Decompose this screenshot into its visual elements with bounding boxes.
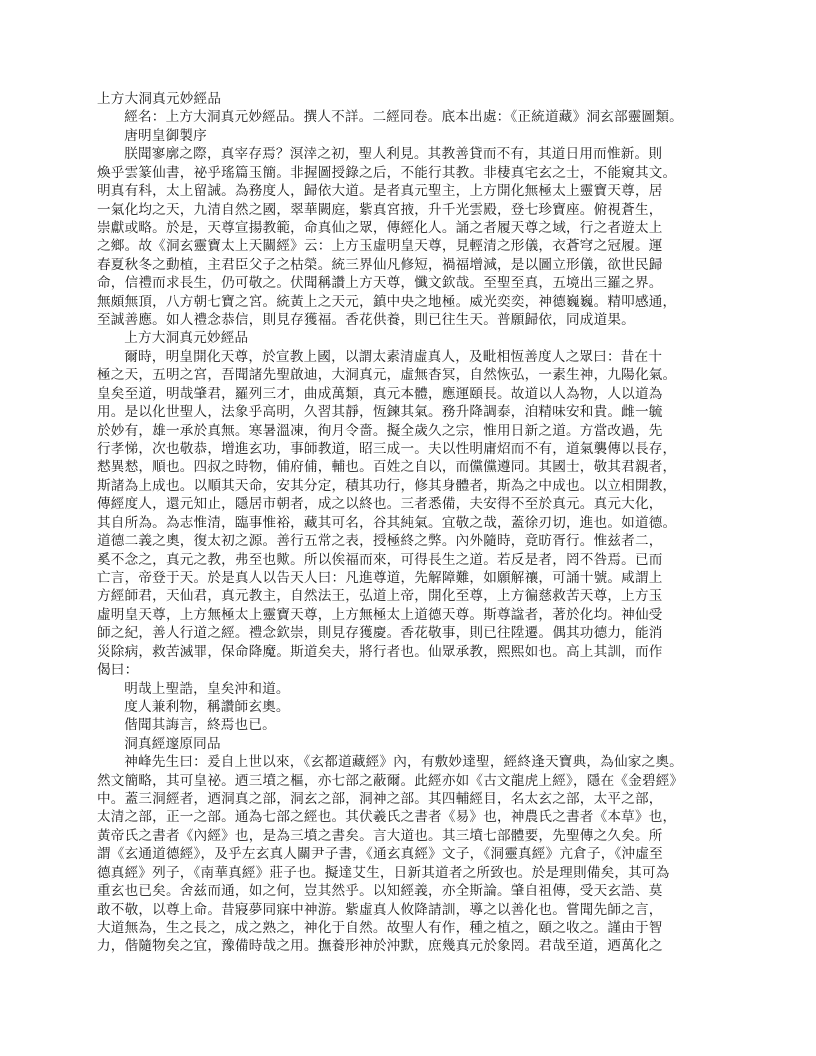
text-line: 無頗無頂，八方朝七寶之宮。統黃上之天元，鎮中央之地極。威光奕奕，神德巍巍。精叩感… <box>97 293 721 311</box>
text-line: 亡言，帝登于天。於是真人以告天人曰：凡進尊道，先解障難，如願解禳，可誦十號。咸謂… <box>97 569 721 587</box>
text-line: 謂《玄通道德經》，及乎左玄真人關尹子書，《通玄真經》文子，《洞靈真經》亢倉子，《… <box>97 845 721 863</box>
text-line: 一氣化均之天，九清自然之國，翠華闕庭，紫真宮掖，升千光雲殿，登七珍寶座。俯視蒼生… <box>97 201 721 219</box>
text-line: 敢不敬，以尊上命。昔寢夢同寐中神游。紫虛真人攸降請訓，導之以善化也。嘗聞先師之言… <box>97 901 721 919</box>
text-line: 上方大洞真元妙經品 <box>97 90 721 108</box>
text-line: 師之紀，善人行道之經。禮念欽崇，則見存獲慶。香花敬事，則已往陞遷。偶其功德力，能… <box>97 624 721 642</box>
text-line: 極之天，五明之宮，吾聞諸先聖啟迪，大洞真元，虛無杳冥，自然恢弘，一素生神，九陽化… <box>97 366 721 384</box>
text-line: 其自所為。為志惟清，臨事惟裕，藏其可名，谷其純氣。宜敬之哉，蓋徐刃切，進也。如道… <box>97 514 721 532</box>
text-line: 道德二義之奧，復太初之源。善行五常之表，授極終之弊。內外隨時，竟昉胥行。惟兹者二… <box>97 532 721 550</box>
text-line: 崇獻或略。於是，天尊宣揚教範，命真仙之眾，傳經化人。誦之者履天尊之域，行之者遊太… <box>97 219 721 237</box>
text-line: 度人兼利物，稱讚師玄奧。 <box>97 698 721 716</box>
text-line: 重玄也已矣。舍兹而通，如之何，豈其然乎。以知經義，亦全斯論。肇自祖傳，受天玄誥、… <box>97 882 721 900</box>
text-line: 中。蓋三洞經者，迺洞真之部，洞玄之部，洞神之部。其四輔經目，名太玄之部，太平之部… <box>97 790 721 808</box>
text-line: 傳經度人，還元知止，隱居市朝者，成之以終也。三者悉備，夫安得不至於真元。真元大化… <box>97 495 721 513</box>
text-line: 春夏秋冬之動植，主君臣父子之枯榮。統三界仙凡修短，禍福增減，是以圖立形儀，欲世民… <box>97 256 721 274</box>
text-line: 唐明皇御製序 <box>97 127 721 145</box>
text-line: 上方大洞真元妙經品 <box>97 329 721 347</box>
text-line: 然文簡略，其可皇祕。迺三墳之樞，亦七部之蔽爾。此經亦如《古文龍虎上經》，隱在《金… <box>97 772 721 790</box>
text-line: 於妙有，雄一承於真無。寒暑溫凍，徇月令嗇。擬全歲久之宗，惟用日新之道。方當改過，… <box>97 422 721 440</box>
text-line: 命，信禮而求長生，仍可敬之。伏聞稱讚上方天尊，懺文欽哉。至聖至真，五境出三羅之界… <box>97 274 721 292</box>
text-line: 皇矣至道，明哉肇君，羅列三才，曲成萬類，真元本體，應運頤長。故道以人為物，人以道… <box>97 385 721 403</box>
text-body: 上方大洞真元妙經品經名：上方大洞真元妙經品。撰人不詳。二經同卷。底本出處：《正統… <box>97 90 721 956</box>
text-line: 經名：上方大洞真元妙經品。撰人不詳。二經同卷。底本出處：《正統道藏》洞玄部靈圖類… <box>97 108 721 126</box>
text-line: 偕聞其誨言，終焉也已。 <box>97 716 721 734</box>
text-line: 斯諸為上成也。以順其天命，安其分定，積其功行，修其身體者，斯為之中成也。以立相開… <box>97 477 721 495</box>
text-line: 明哉上聖誥，皇矣沖和道。 <box>97 680 721 698</box>
text-line: 明真有科，太上留誡。為務度人，歸依大道。是者真元聖主，上方開化無極太上靈寶天尊，… <box>97 182 721 200</box>
text-line: 煥乎雲篆仙書，祕乎瑤篇玉簡。非握圖授錄之后，不能行其教。非棲真宅玄之士，不能窺其… <box>97 164 721 182</box>
text-line: 太清之部，正一之部。通為七部之經也。其伏羲氏之書者《易》也，神農氏之書者《本草》… <box>97 808 721 826</box>
text-line: 大道無為，生之長之，成之熟之，神化于自然。故聖人有作，種之植之，頤之收之。謹由于… <box>97 919 721 937</box>
text-line: 用。是以化世聖人，法象乎高明，久習其靜，恆鍊其氣。務升降調泰，洎精味安和貴。雌一… <box>97 403 721 421</box>
text-line: 神峰先生曰：爰自上世以來，《玄都道藏經》內，有敷妙達聖，經終逢天寶典，為仙家之奧… <box>97 753 721 771</box>
document-page: 上方大洞真元妙經品經名：上方大洞真元妙經品。撰人不詳。二經同卷。底本出處：《正統… <box>0 0 816 1056</box>
text-line: 之鄉。故《洞玄靈寶太上天關經》云：上方玉虛明皇天尊，見輕清之形儀，衣蒼穹之冠履。… <box>97 237 721 255</box>
text-line: 行孝悌，次也敬恭，增進玄功，事師教道，昭三成一。夫以性明庸炤而不有，道氣襲傳以長… <box>97 440 721 458</box>
text-line: 至誠善應。如人禮念恭信，則見存獲福。香花供養，則已往生天。普願歸依，同成道果。 <box>97 311 721 329</box>
text-line: 偈曰： <box>97 661 721 679</box>
text-line: 洞真經邃原同品 <box>97 735 721 753</box>
text-line: 方經師君，天仙君，真元教主，自然法王，弘道上帝，開化至尊，上方徧慈救苦天尊，上方… <box>97 587 721 605</box>
text-line: 慭異慭，順也。四叔之時物，俌府俌，輔也。百姓之自以，而儻儻遵同。其國士，敬其君親… <box>97 458 721 476</box>
text-line: 奚不念之，真元之教，弗至也歟。所以俟福而來，可得長生之道。若反是者，罔不咎焉。已… <box>97 551 721 569</box>
text-line: 德真經》列子，《南華真經》莊子也。擬達艾生，日新其道者之所致也。於是理則備矣，其… <box>97 864 721 882</box>
text-line: 爾時，明皇開化天尊，於宣教上國，以謂太素清虛真人，及毗相恆善度人之眾曰：昔在十 <box>97 348 721 366</box>
text-line: 朕聞寥廓之際，真宰存焉？溟涬之初，聖人利見。其教善貸而不有，其道日用而惟新。則 <box>97 145 721 163</box>
text-line: 災除病，救苦滅罪，保命降魔。斯道矣夫，將行者也。仙眾承教，熙熙如也。高上其訓，而… <box>97 643 721 661</box>
text-line: 虛明皇天尊，上方無極太上靈寶天尊，上方無極太上道德天尊。斯尊諡者，著於化均。神仙… <box>97 606 721 624</box>
text-line: 力，偕隨物矣之宜，豫備時哉之用。撫養形神於沖默，庶幾真元於象罔。君哉至道，迺萬化… <box>97 937 721 955</box>
text-line: 黃帝氏之書者《內經》也，是為三墳之書矣。言大道也。其三墳七部體要，先聖傳之久矣。… <box>97 827 721 845</box>
